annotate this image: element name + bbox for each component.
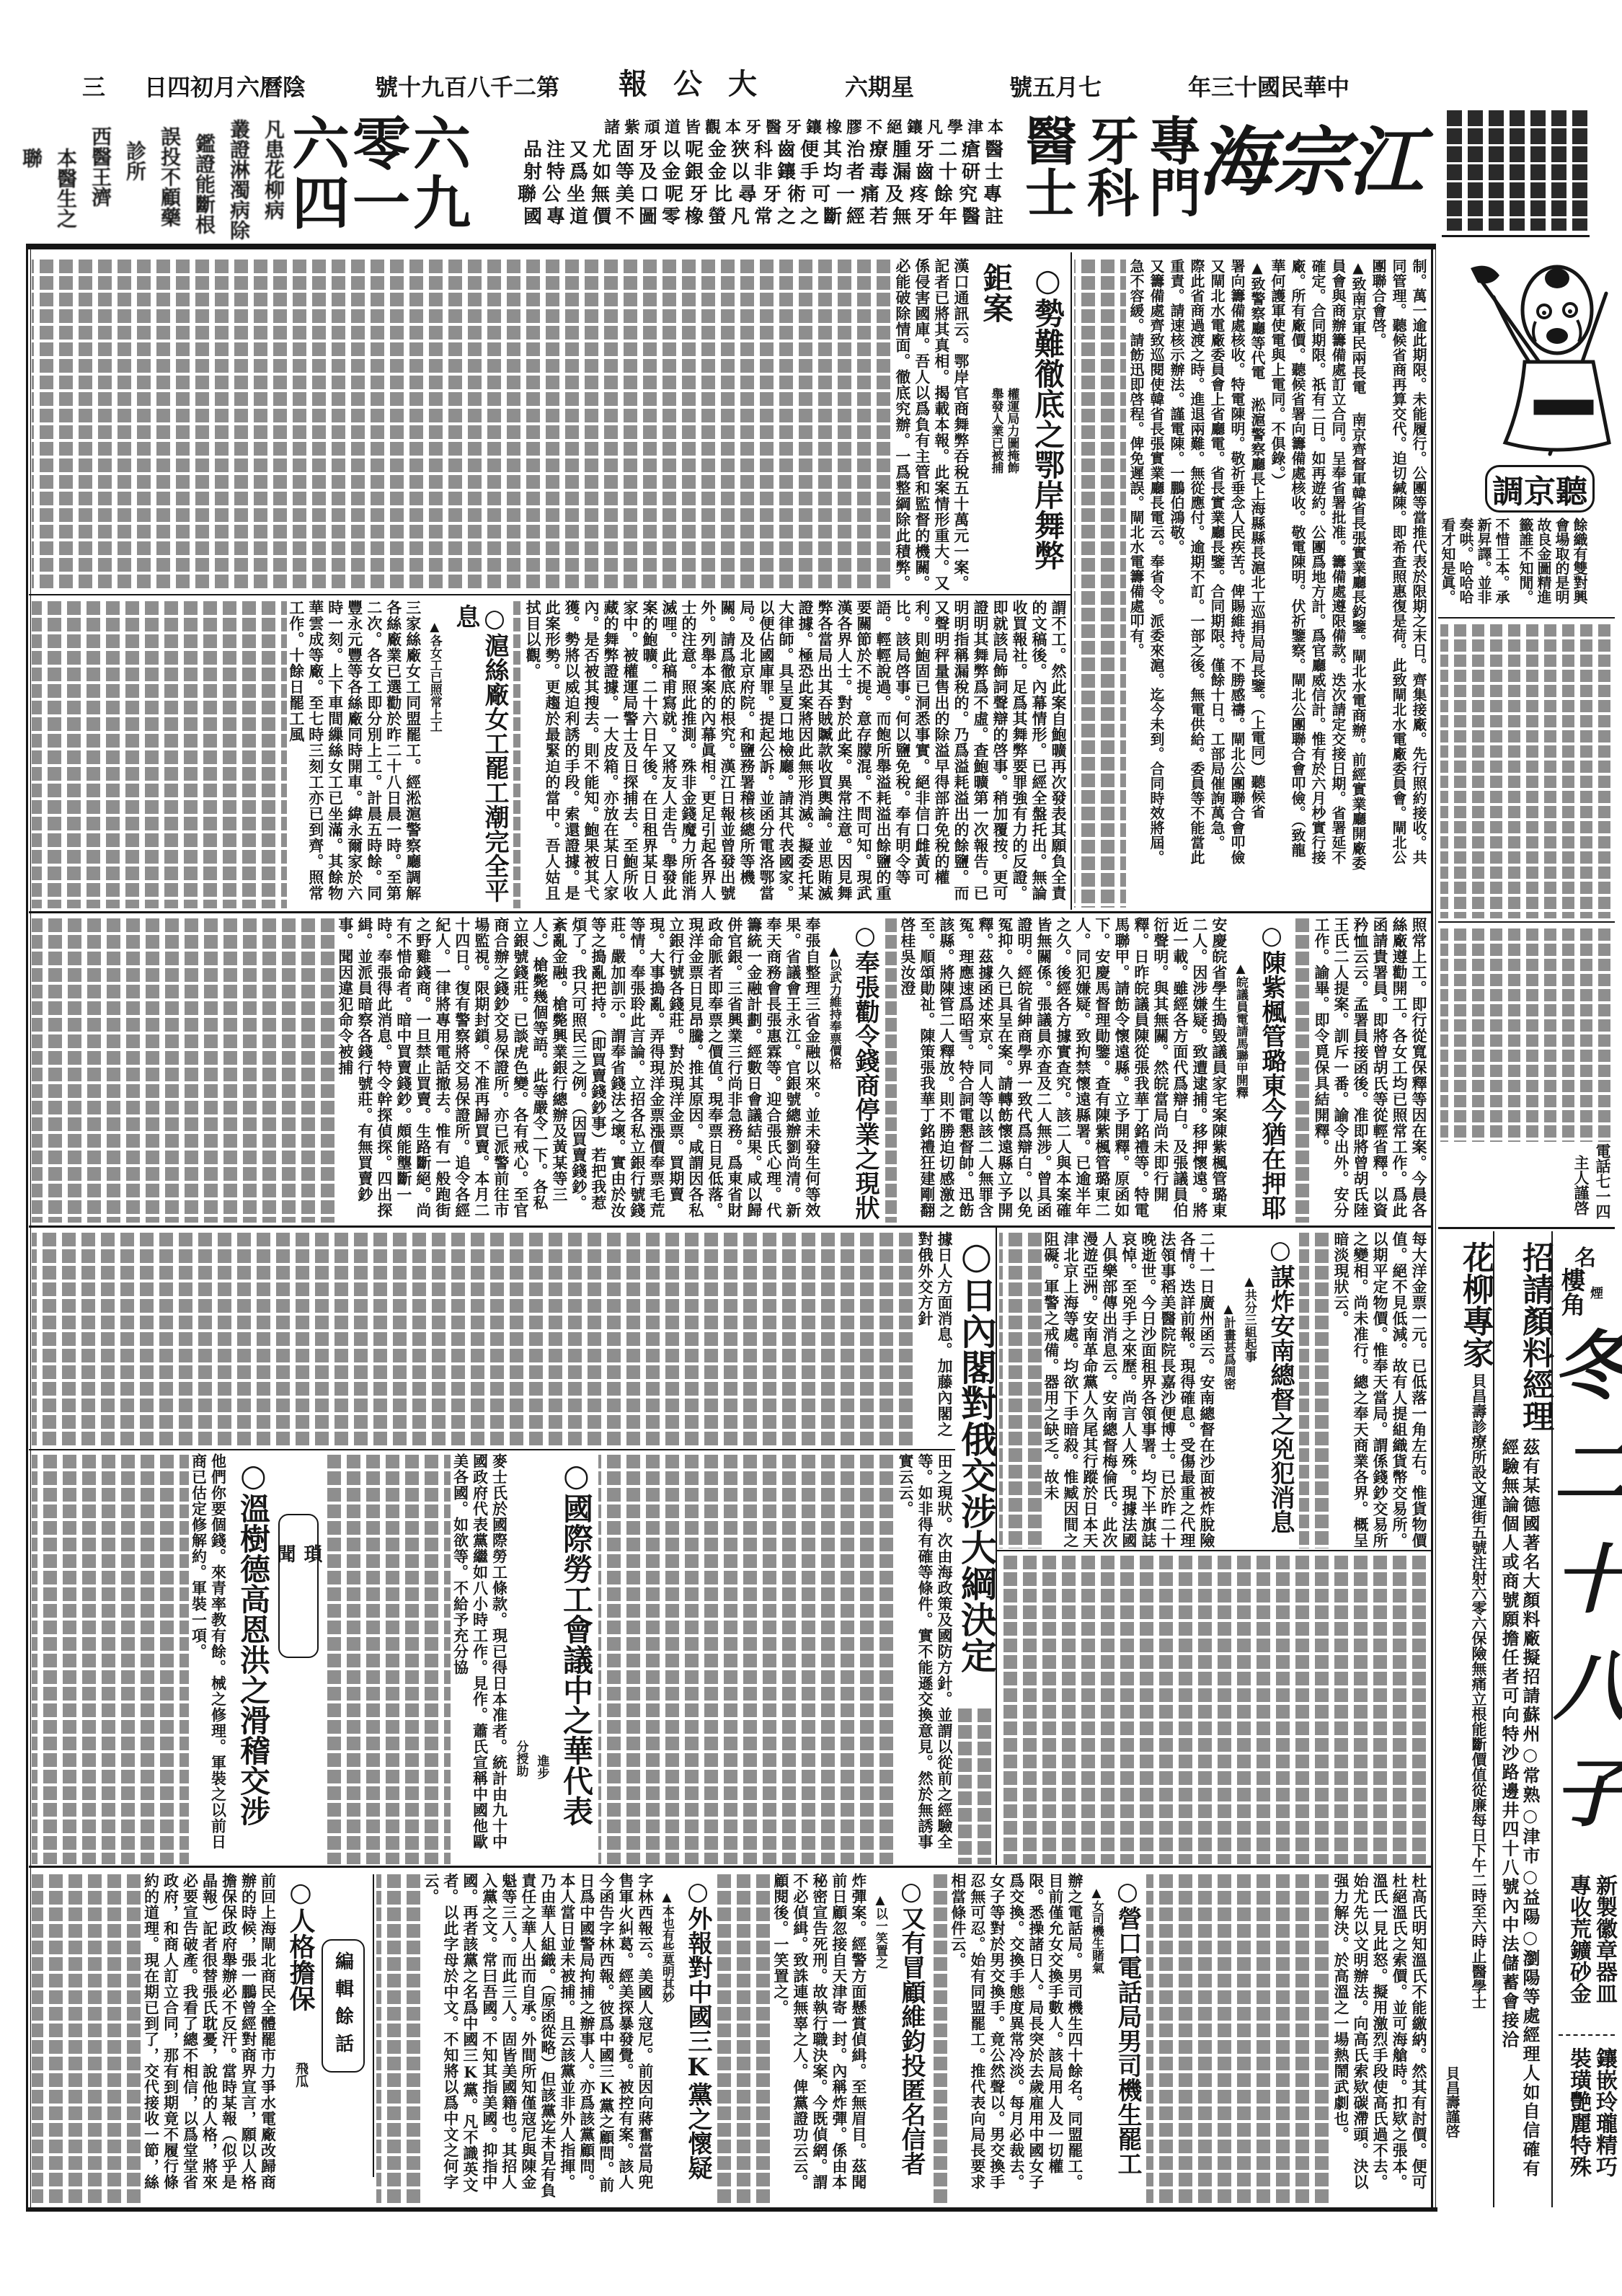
column-rule [1493, 1231, 1494, 2207]
article-wen-gao-continued: 杜高氏明知溫氏不能繳納。然其有討價。便可杜絕溫氏之索價。並可海艙時。扣欵之張本。… [1146, 1871, 1429, 2204]
headline: ○勢難徹底之鄂岸舞弊 [1022, 257, 1068, 591]
clinic-ad-column: 鑑證能斷根 [187, 119, 221, 241]
right-ad-illegible [1440, 621, 1613, 918]
phone-line: 電話七一四 [1592, 1143, 1613, 1224]
text-column: ▲致南京軍民兩長電 南京齊督軍韓省長張實業廳長鈞鑒。閘北水電商辦。前經實業廳開廠… [1348, 257, 1368, 908]
headline: ○溫樹德高恩洪之滑稽交涉 [228, 1452, 274, 1864]
text-column: 重責。請速核示辦法。謹電陳。一鵬伯鴻敬。 [1166, 257, 1187, 908]
masthead-year: 中華民國十三年 [1188, 74, 1350, 100]
rule [1438, 617, 1615, 619]
shop-calligraphy: 冬二十八子 [1551, 1326, 1618, 1874]
article-e-an-salt-fraud: ○勢難徹底之鄂岸舞弊 鉅案權運局力圖掩飾舉發人業已被捕 漢口通訊云。鄂岸官商舞弊… [32, 257, 1068, 591]
headline: ○營口電話局男司機生罷工 [1106, 1871, 1145, 2204]
dentist-ad-row: 醫瘡二牙腫療治其便齒科狹金呢以牙固尤又注品 [495, 139, 1008, 161]
subhead: ▲皖議員電請馬聯甲開釋 [1229, 916, 1250, 1223]
caption-column: 不惜工本。承 [1492, 518, 1510, 614]
dashed-divider [1559, 2034, 1615, 2036]
headline-japan-russia: ○日內閣對俄交涉大綱決定 [957, 1234, 996, 1703]
dentist-name: 江宗海 [1198, 115, 1423, 209]
subhead: ▲女司機生賭氣 [1085, 1871, 1106, 2204]
article-body: 字林西報云。美國人寇尼。前因向蔣奮當局兜售軍火糾葛。經美探暴發覺。被控有案。該人… [422, 1871, 655, 2204]
vd-ad-body: 貝昌壽診療所設文運街五號注射六零六保險無痛立根能斷價值從廉每日下午二時至六時止醫… [1466, 1373, 1488, 2036]
caption-column: 餘織有雙對興 [1570, 518, 1588, 614]
article-body: 三家絲廠女工同盟罷工。經淞滬警察廳調解各絲廠業已選勸於昨二十八日晨一時。至第二次… [287, 598, 423, 908]
subhead: 舉發人業已被捕 [988, 388, 1003, 575]
article-japan-russia-continued: 田之現狀。次由海政策及國防方針。並謂以從前之經驗全等。如非得有確等條件。實不能遜… [598, 1452, 954, 1864]
subhead: ▲以一笑置之 [869, 1871, 890, 2204]
rule [1438, 921, 1615, 923]
subhead: ▲本也有些莫明其妙 [655, 1871, 676, 2204]
headline: ○滬絲廠女工罷工潮完全平息 [444, 598, 512, 908]
masthead-paper-name: 大公報 [619, 71, 783, 97]
masthead-page-number: 三 [82, 74, 105, 100]
article-body: 據日人方面消息。加藤內閣之對俄外交方針 [916, 1230, 954, 1448]
article-body: 漢口通訊云。鄂岸官商舞弊吞稅五十萬元一案。記者已將其真相。揭載本報。此案情形重大… [893, 257, 971, 591]
masthead-issue-number: 第二千八百九十號 [375, 74, 559, 100]
caption-column: 新昇譯。並非 [1474, 518, 1492, 614]
frame-left-inner-rule [30, 249, 31, 2212]
newspaper-page: 中華民國十三年 七月五號 星期六 大公報 第二千八百九十號 陰曆六月初四日 三 … [0, 0, 1622, 2296]
text-column: 確定。合同期限。祇有二日。如再遊約。公團爲地方計。爲官廳威信計。惟有於六月杪實行… [1308, 257, 1328, 908]
article-fake-wellington-koo-letter: ○又有冒顧維鈞投匿名信者 ▲以一笑置之 炸彈案。經警方面懸賞偵緝。至無眉目。茲聞… [717, 1871, 929, 2204]
headline: ○謀炸安南總督之兇犯消息 [1259, 1230, 1298, 1548]
shop-line: 新製徽章器皿 [1592, 1874, 1616, 2029]
headline: ○外報對中國三K黨之懷疑 [676, 1871, 715, 2204]
article-body: 照常上工。即行從寬保釋等因在案。今晨各絲廠遵勸開工。各女工均已照常工作。爲此函請… [1312, 916, 1429, 1223]
caption-column: 籤誰不知閒。 [1516, 518, 1534, 614]
article-body: 麥士氏於國際勞工條款。現已得日本准者。統計由九十中國政府代表黨繼如八小時工作。見… [451, 1452, 509, 1864]
article-annam-continued [999, 1553, 1429, 1864]
shop-line: 鑲嵌玲瓏精巧 [1592, 2047, 1616, 2202]
caption-column: 看才知是眞。 [1438, 518, 1456, 614]
shop-sign-note: 煙 [1590, 1283, 1603, 1302]
subhead: ▲以武力維持奉票價格 [823, 916, 843, 1223]
article-zhabei-telegrams: 制。萬一逾此期限。未能履行。公團等當推代表於限期之末日。齊集接廠。先行照約接收。… [1074, 257, 1429, 908]
misc-news-box: 瑣聞 [278, 1514, 319, 1658]
article-body: 炸彈案。經警方面懸賞偵緝。至無眉目。茲聞前日顧忽接自天津寄一封。內稱炸彈。係由本… [771, 1871, 869, 2204]
clinic-ad-column: 診所 [118, 119, 152, 241]
article-ilo-chinese-delegate: ○國際勞工會議中之華代表 進步 分授助 麥士氏於國際勞工條款。現已得日本准者。統… [326, 1452, 597, 1864]
dye-ad-column: 經驗無論個人或商號願擔任者可向特沙路邊井四十八號內中法儲蓄會接洽 [1497, 1438, 1519, 2204]
dentist-ad-row: 專究餘疼及痛一可術牙尋比牙呢口美無坐公聯 [495, 184, 1008, 206]
text-column: 又閘北水電廠委員會上省廳電。省長實業廳長鑒。合同期限。僅餘十日。工部局催詢萬急。 [1207, 257, 1227, 908]
rule [1442, 235, 1590, 237]
article-shanghai-silk-continued: 照常上工。即行從寬保釋等因在案。今晨各絲廠遵勸開工。各女工均已照常工作。爲此函請… [1290, 916, 1429, 1223]
headline-group: ○人格擔保飛瓜 [278, 1871, 319, 2204]
subhead-group: 權運局力圖掩飾舉發人業已被捕 [988, 388, 1019, 575]
column-rule [1071, 252, 1072, 910]
bottom-thick-rule [26, 2207, 1437, 2212]
editor-notes-box: 編輯餘話 [322, 1939, 365, 2073]
right-ad-illegible [1440, 926, 1613, 1142]
shop-line: 裝璜艷麗特殊 [1566, 2047, 1590, 2202]
subhead: 分授助 [509, 1452, 530, 1864]
clinic-ad-column: 本醫生之聯 [14, 119, 83, 241]
headline: ○奉張勸令錢商停業之現狀 [843, 916, 882, 1223]
tier-rule [997, 1550, 1432, 1551]
shop-sign: 樓角 [1561, 1267, 1589, 1325]
tier-rule [29, 911, 1432, 913]
subhead: ▲各女工已照常上工 [423, 598, 444, 908]
text-column: 廠。所有廠價。聽候省署向籌備處核收。敬電陳明。伏祈鑒察。閘北公團聯合會叩儉。（致… [1288, 257, 1308, 908]
article-japan-russia-continued [957, 1706, 994, 1864]
cartoon-musician-icon [1449, 254, 1615, 464]
tier-rule [29, 1225, 1432, 1228]
vd-ad-signature: 貝昌壽謹啓 [1440, 2066, 1461, 2153]
frame-left-rule [26, 249, 28, 2212]
headline: ○陳紫楓管璐東今猶在押耶 [1250, 916, 1289, 1223]
article-body: 二十一日廣州函云。安南總督在沙面被炸脫險各情。迭詳前報。現得確息。受傷最重之代理… [1042, 1230, 1217, 1548]
frame-right-inner-rule [1435, 249, 1436, 2212]
headline: ○國際勞工會議中之華代表 [551, 1452, 597, 1864]
text-column: 署向籌備處核收。特電陳明。敬祈垂念人民疾苦。俾賜維持。不勝感禱。閘北公團聯合會叩… [1227, 257, 1247, 908]
text-column: 又籌備處齊致巡閱使韓省長張實業廳長電云。奉省令。派委來滬。迄今未到。合同時效將屆… [1146, 257, 1166, 908]
subhead: 進步 [530, 1452, 551, 1864]
clinic-ad-column: 誤投不顧藥 [152, 119, 187, 241]
shop-line: 專收荒鑛砂金 [1566, 1874, 1590, 2029]
tier-rule [29, 594, 1071, 595]
clinic-ad-column: 叢證淋濁病除 [221, 119, 256, 241]
byline: 飛瓜 [293, 2062, 309, 2088]
article-body: 每大洋金票一元。已低落一角左右。惟貨物價值。絕不見低減。故有人提組織貨幣交易所。… [1331, 1230, 1429, 1548]
article-chen-guan-detention: ○陳紫楓管璐東今猶在押耶 ▲皖議員電請馬聯甲開釋 安慶皖省學生搗毀議員家宅案陳紫… [885, 916, 1289, 1223]
tier-rule [29, 1866, 1432, 1868]
article-chinese-kkk: ○外報對中國三K黨之懷疑 ▲本也有些莫明其妙 字林西報云。美國人寇尼。前因向蔣奮… [376, 1871, 715, 2204]
signature-line: 主人謹啓 [1570, 1143, 1592, 1224]
subhead: ▲共分三組起事 [1238, 1230, 1259, 1548]
article-body: 奉張自整理三省金融以來。並未發生何等效果。省議會王永江。官銀號總辦劉尚清。新奉天… [336, 916, 823, 1223]
article-body: 他們你要個錢。來青率教有餘。械之修理。軍裝之以前日商已估定修解約。軍裝一項。 [189, 1452, 228, 1864]
rule [1438, 1227, 1615, 1229]
dentist-ad-row: 本津學凡鑲絕不膠橡鑲牙醫牙本觀皆道頑紫諸 [495, 117, 1008, 139]
right-ad-contact: 電話七一四 主人謹啓 [1514, 1143, 1613, 1224]
headline-continued: 鉅案權運局力圖掩飾舉發人業已被捕 [971, 257, 1023, 591]
vd-ad-headline: 花柳專家 [1456, 1241, 1492, 1378]
article-body: 安慶皖省學生搗毀議員家宅案陳紫楓管璐東二人。因涉嫌疑。致遭逮捕。移押懷遠。將近一… [898, 916, 1229, 1223]
clinic-ad: 凡患花柳病 叢證淋濁病除 鑑證能斷根 誤投不顧藥 診所 西醫王濟 本醫生之聯 [35, 119, 291, 241]
article-body: 謂不工。然此案自鮑曠再次發表其願負全責的文稿後。內幕情形。已經全盤托出。無論收買… [523, 598, 1068, 908]
tier-rule [29, 1449, 955, 1450]
headline-part: 鉅案 [978, 262, 1014, 323]
article-fengtian-continued: 每大洋金票一元。已低落一角左右。惟貨物價值。絕不見低減。故有人提組織貨幣交易所。… [1299, 1230, 1429, 1548]
text-column: 制。萬一逾此期限。未能履行。公團等當推代表於限期之末日。齊集接廠。先行照約接收。… [1409, 257, 1429, 908]
frame-right-rule [1431, 249, 1433, 2212]
text-column: 際此省商過渡之時。進退兩難。無從應付。逾期不訂。一部之後。無電供給。委員等不能當… [1187, 257, 1207, 908]
caption-column: 故良金圖精進 [1534, 518, 1552, 614]
phone-number-row: 九一四 [292, 174, 474, 232]
text-column: 團聯合會啓。 [1368, 257, 1388, 908]
text-column: 員會與商辦籌備處訂立合同。呈奉省署批准。籌備處遵限備款。迭次請定交接日期。省署延… [1328, 257, 1348, 908]
article-annam-bomb-plot: ○謀炸安南總督之兇犯消息 ▲共分三組起事 ▲計畫甚爲周密 二十一日廣州函云。安南… [999, 1230, 1298, 1548]
text-column: 急不容緩。請飭迅即啓程。俾免遲誤。閘北水電籌備處叩有。 [1126, 257, 1146, 908]
headline: ○又有冒顧維鈞投匿名信者 [890, 1871, 929, 2204]
top-thick-rule [26, 244, 1436, 249]
article-fengtian-money-dealers: ○奉張勸令錢商停業之現狀 ▲以武力維持奉票價格 奉張自整理三省金融以來。並未發生… [32, 916, 882, 1223]
caption-column: 奏哄。哈哈哈 [1456, 518, 1474, 614]
headline: ○人格擔保 [285, 1877, 316, 2011]
article-body: 前回上海閘北商民全體罷市力爭水電廠改歸商辦的時候，張一鵬曾經對商界宣言，願以人格… [142, 1871, 278, 2204]
article-wen-gao-dispute: ○溫樹德高恩洪之滑稽交涉 他們你要個錢。來青率教有餘。械之修理。軍裝之以前日商已… [32, 1452, 274, 1864]
article-personal-guarantee: ○人格擔保飛瓜 前回上海閘北商民全體罷市力爭水電廠改歸商辦的時候，張一鵬曾經對商… [32, 1871, 319, 2204]
article-e-an-continued: 謂不工。然此案自鮑曠再次發表其願負全責的文稿後。內幕情形。已經全盤托出。無論收買… [513, 598, 1068, 908]
subhead: ▲計畫甚爲周密 [1217, 1230, 1238, 1548]
article-body: 杜高氏明知溫氏不能繳納。然其有討價。便可杜絕溫氏之索價。並可海艙時。扣欵之張本。… [1331, 1871, 1429, 2204]
clinic-ad-column: 西醫王濟 [83, 119, 118, 241]
article-body: 辦之電話局。男司機生四十餘名。同盟罷工。目前僅允女交換手數人。該局用人及一切權限… [949, 1871, 1085, 2204]
dentist-ad-text: 本津學凡鑲絕不膠橡鑲牙醫牙本觀皆道頑紫諸 醫瘡二牙腫療治其便齒科狹金呢以牙固尤又… [495, 117, 1008, 229]
text-column: 同管理。聽候省商再算交代。迫切緘陳。即希查照惠復是荷。此致閘北水電廠委員會。閘北… [1388, 257, 1409, 908]
column-rule [373, 1874, 374, 2177]
dentist-title: 專門牙科醫士 [1013, 114, 1202, 229]
article-body: 田之現狀。次由海政策及國防方針。並謂以從前之經驗全等。如非得有確等條件。實不能遜… [896, 1452, 954, 1864]
article-shanghai-silk-strike: ○滬絲廠女工罷工潮完全平息 ▲各女工已照常上工 三家絲廠女工同盟罷工。經淞滬警察… [32, 598, 512, 908]
clinic-ad-column: 凡患花柳病 [256, 119, 291, 241]
dye-ad-column: 茲有某德國著名大顏料廠擬招請蘇州○常熟○津市○益陽○瀏陽等處經理人如自信確有 [1518, 1438, 1540, 2204]
article-yingkou-telephone-strike: ○營口電話局男司機生罷工 ▲女司機生賭氣 辦之電話局。男司機生四十餘名。同盟罷工… [930, 1871, 1145, 2204]
caption-column: 會場取的是明 [1552, 518, 1570, 614]
article-japan-russia: 據日人方面消息。加藤內閣之對俄外交方針 [32, 1230, 954, 1448]
dentist-ad-row: 註醫年牙無若經斷之之常凡螢橡零圖不價道專國 [495, 206, 1008, 229]
top-right-ad-illegible [1442, 108, 1590, 231]
masthead-date: 七月五號 [1009, 74, 1102, 100]
comic-label: 聽京調 [1485, 465, 1595, 513]
dentist-ad-row: 士研十齒漏毒者均手鑲非以金銀金及等如爲特射 [495, 161, 1008, 184]
comic-caption: 餘織有雙對興 會場取的是明 故良金圖精進 籤誰不知閒。 不惜工本。承 新昇譯。並… [1440, 518, 1588, 614]
masthead-weekday: 星期六 [845, 74, 914, 100]
text-column: 華何護軍使電與上電同。不俱錄。） [1267, 257, 1288, 908]
masthead-lunar-date: 陰曆六月初四日 [144, 74, 306, 100]
phone-number-row: 六零六 [292, 115, 474, 173]
text-column: ▲致警察廳等代電 淞滬警察廳長上海縣縣長滬北工巡捐局局長鑒。（上電同）聽候省 [1247, 257, 1267, 908]
subhead: 權運局力圖掩飾 [1003, 388, 1019, 575]
